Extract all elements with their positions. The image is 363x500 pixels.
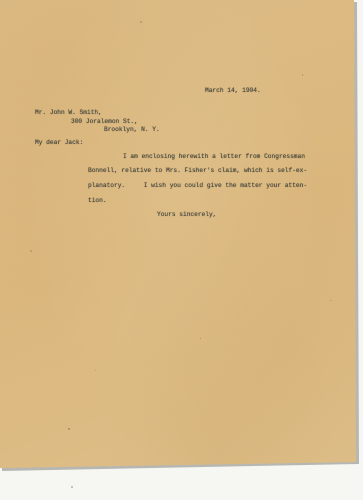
scan-margin-speck	[71, 486, 73, 488]
paper-speck	[30, 250, 32, 252]
salutation: My dear Jack:	[35, 139, 83, 146]
paper-speck	[302, 74, 303, 76]
body-line: tion.	[88, 197, 107, 204]
paper-speck	[95, 370, 96, 371]
body-line: planatory. I wish you could give the mat…	[88, 182, 307, 189]
body-line: I am enclosing herewith a letter from Co…	[123, 153, 305, 160]
body-line: Bonnell, relative to Mrs. Fisher's claim…	[88, 167, 307, 174]
paper-speck	[200, 338, 201, 339]
closing: Yours sincerely,	[157, 211, 216, 218]
recipient-name: Mr. John W. Smith,	[35, 109, 102, 116]
paper-speck	[68, 428, 70, 430]
paper-speck	[330, 300, 332, 301]
recipient-street: 300 Joralemon St.,	[71, 118, 138, 125]
scanned-letter-page: March 14, 1904. Mr. John W. Smith, 300 J…	[0, 0, 363, 500]
letter-paper: March 14, 1904. Mr. John W. Smith, 300 J…	[0, 0, 363, 500]
letter-date: March 14, 1904.	[205, 87, 261, 94]
recipient-city: Brooklyn, N. Y.	[104, 126, 160, 133]
paper-speck	[140, 21, 142, 23]
